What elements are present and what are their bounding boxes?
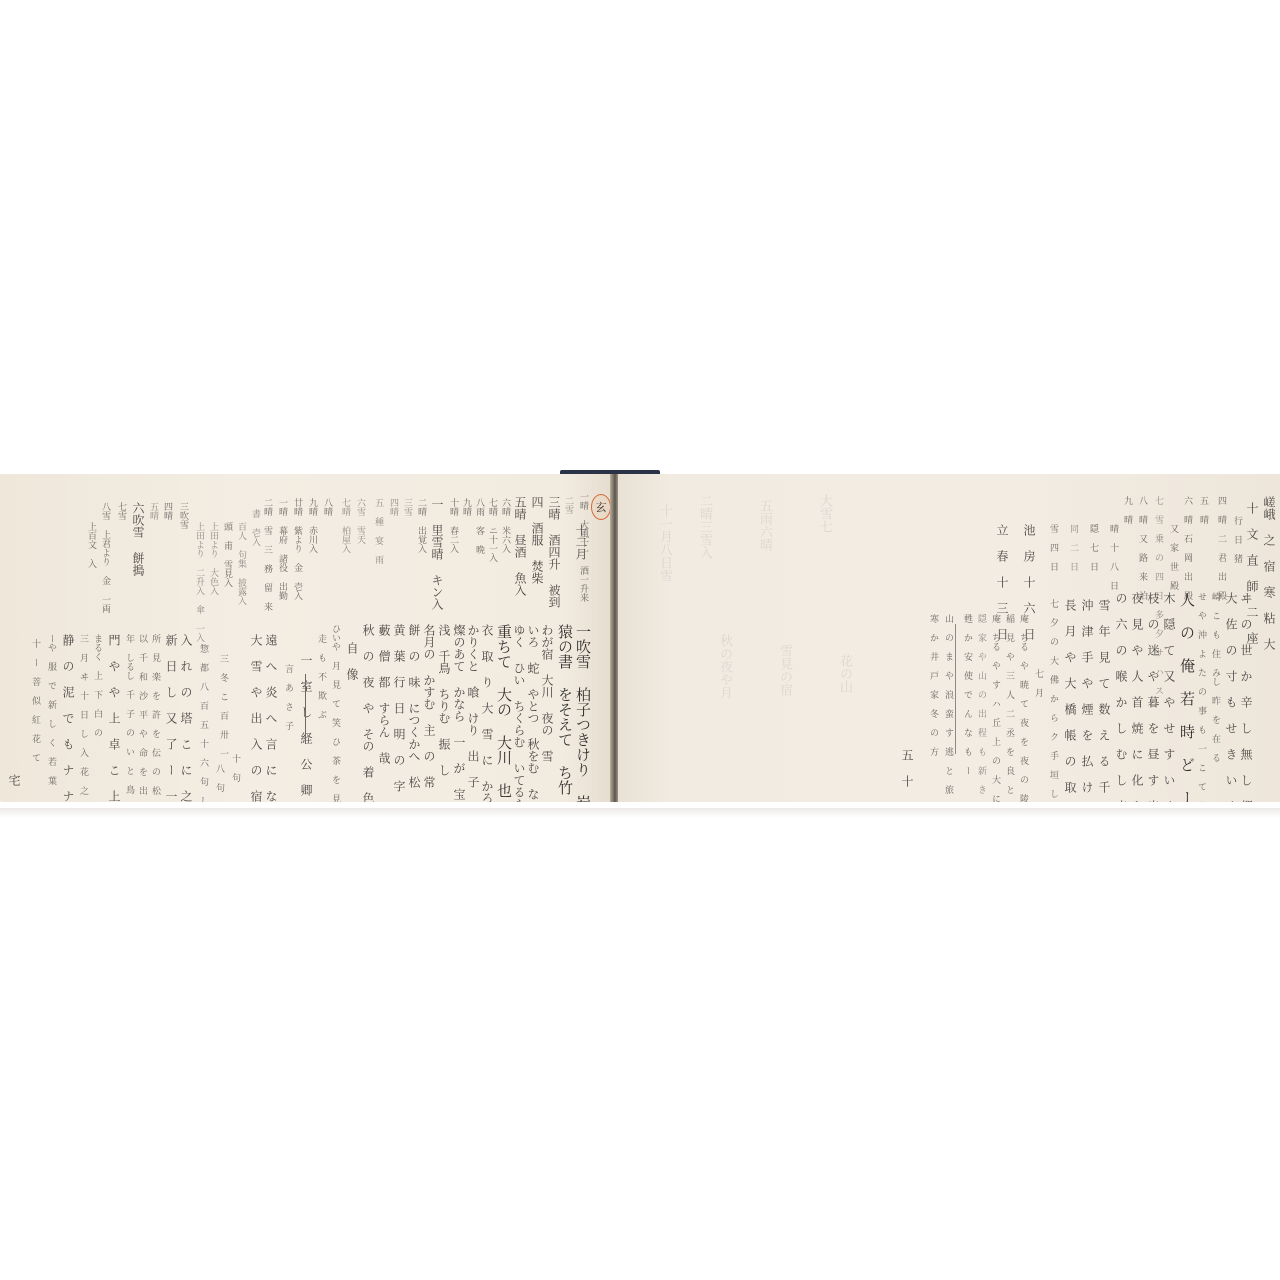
header-entry: 九 晴 xyxy=(1122,496,1131,524)
header-entry: 二晴 出覚入 xyxy=(416,498,425,553)
verse-line: 黄 葉 行 日 明 の 字 夜 雪 xyxy=(393,624,405,802)
verse-line: かりくと 喰 けり 出 子 物 xyxy=(467,624,479,802)
header-entry: 九晴 xyxy=(461,498,470,516)
verse-line: 三 月 ヰ 十 日 し 入 花 之 xyxy=(78,634,87,795)
header-entry: 八雨 客 晩 xyxy=(474,498,483,554)
verse-line: 重ちて 大の 大川 也 ろう xyxy=(496,624,511,802)
header-entry: 二雪 xyxy=(563,496,572,514)
header-entry: 四 酒服 焚柴 xyxy=(531,496,543,584)
bleed-through-text: 十一月八日雪 xyxy=(658,504,671,582)
header-entry: 五 種 宴 雨 xyxy=(373,498,382,564)
month-label: 七 月 xyxy=(1033,669,1042,697)
verse-line: ひいや 月 見 て 笑 ひ 茶 を 見 xyxy=(330,624,339,802)
verse-line: 庵 ちる や 暁 て 夜 を 夜 の 陵 xyxy=(1018,614,1027,802)
verse-line: 入 れ の 塔 こ に 之 物 の 卅 日 か xyxy=(180,634,192,802)
bleed-through-text: 大雪七 xyxy=(818,494,831,533)
header-entry: 書 壱入 xyxy=(250,509,259,546)
header-entry: 一晴 幕府 諸役 出勤 xyxy=(277,498,286,600)
verse-line: 餅 の 味 につくかへ 松 の 常 xyxy=(408,624,420,802)
header-entry: 上田より 大色入 xyxy=(208,522,217,595)
verse-line: 長 月 や 大 橋 帳 の 取 り 枕 xyxy=(1064,599,1076,802)
header-entry: 三晴 酒四升 被到 xyxy=(548,496,560,608)
header-entry: 五 晴 xyxy=(1198,496,1207,524)
header-entry: 八 晴 又 路 来 泊 xyxy=(1137,496,1146,600)
verse-line: 甦 か 安 使 で ん な も ー xyxy=(962,614,971,775)
verse-line: 遠 へ 炎 へ 言 に なる を 冬 る 六 xyxy=(265,634,277,802)
header-entry: 三雪 xyxy=(402,498,411,516)
header-entry: 上百文 入 xyxy=(86,522,95,568)
verse-line: 以 千 和 沙 平 や 命 を 出 で 子 xyxy=(137,634,146,802)
header-entry: 五晴 xyxy=(148,502,157,520)
section-total: 三 冬 こ 百 卅 一 xyxy=(218,654,227,758)
header-entry: 七晴 ニ十一入 xyxy=(487,498,496,562)
header-entry: 七晴 柏屋入 xyxy=(340,498,349,553)
verse-line: 山 の ま や 浪 蛮 す 逃 と 旅 xyxy=(943,614,952,794)
verse-line: 木 隠 て 又 や せ す い く xyxy=(1163,592,1175,802)
verse-line: 一 室 し 経 公 卿 xyxy=(300,654,312,796)
header-entry: 嵯峨 之 宿 寒 粘 大 xyxy=(1263,496,1275,650)
header-entry: 四晴 xyxy=(388,498,397,516)
verse-line: 夜 見 や 人 首 焼 に 化 を 舟 xyxy=(1131,592,1143,802)
verse-line: 一吹雪 柏子つきけり 炭 洗 xyxy=(575,624,590,802)
header-entry: 六吹雪 餅搗 xyxy=(132,502,144,576)
verse-count: 五 十 一 句 xyxy=(901,749,913,802)
bleed-through-text: 二晴三雪入 xyxy=(698,494,711,559)
verse-line: 走 も 不 欺 ぶ xyxy=(316,634,325,719)
header-entry: 上田より 二升入 傘 一入 xyxy=(194,522,203,642)
verse-line: いろ 蛇 やとつ 秋をむ なで 鳥 xyxy=(527,624,539,802)
verse-line: 言 あ さ 子 xyxy=(283,664,292,730)
verse-line: 十 ー 菩 似 紅 花 て xyxy=(30,639,39,762)
open-book: 玄 十二月 一晴 大風十一 酒一升来 二雪 三晴 酒四升 被到 四 酒服 焚柴 … xyxy=(0,470,1280,810)
verse-line: 所 見 楽 を 許 を 伝 の 松 xyxy=(150,634,159,795)
verse-line: 庵 ちる や す ハ 丘 上 の 大 に xyxy=(990,614,999,802)
header-entry: 頭 甫 雪見入 xyxy=(222,522,231,587)
verse-line: 大 佐 の 寸 も せ き い く か す xyxy=(1225,592,1237,802)
bleed-through-text: 秋の夜や月 xyxy=(718,634,731,699)
page-shadow xyxy=(0,808,1280,818)
header-entry: 同 二 日 xyxy=(1068,524,1077,571)
verse-line: 寒 か 井 戸 家 冬 の 方 xyxy=(928,614,937,756)
bleed-through-text: 雪見の宿 xyxy=(778,644,791,696)
verse-line: 新 日 し 又 了 ー 一 の 出 作 xyxy=(165,634,177,802)
header-entry: 雪 四 日 xyxy=(1048,524,1057,571)
header-entry: 九晴 赤川入 xyxy=(307,498,316,553)
header-entry: 十晴 春二入 xyxy=(448,498,457,553)
bleed-through-text: 花の山 xyxy=(838,654,851,693)
verse-line: 静 の 泥 で も ナ ナ 十 日 吉 山 xyxy=(62,634,74,802)
left-page: 玄 十二月 一晴 大風十一 酒一升来 二雪 三晴 酒四升 被到 四 酒服 焚柴 … xyxy=(0,474,612,802)
header-entry: 七雪 xyxy=(116,502,125,520)
header-entry: 六 晴 石 岡 出 殿 xyxy=(1182,496,1191,600)
header-entry: 三吹雪 xyxy=(178,502,187,529)
verse-line: ーや 服 で 新 し く 若 葉 xyxy=(46,634,55,785)
verse-line: 雪 年 見 て 数 え る 千 か な xyxy=(1098,599,1110,802)
verse-line: 秋 の 夜 や その 着 色 し 氷 花 xyxy=(362,624,374,802)
verse-line: 枝 の 迷 や 暮 を 昼 す 出 し を xyxy=(1147,592,1159,802)
verse-line: 崎 こ も 住 みし 昨 を 在 る xyxy=(1210,592,1219,762)
header-entry: 晴 十 八 日 xyxy=(1108,524,1117,590)
verse-line: 年 しるし 千 子 の い と 鳥 xyxy=(124,634,133,794)
right-page: 十一月八日雪 二晴三雪入 五雨六晴 大雪七 秋の夜や月 雪見の宿 花の山 嵯峨 … xyxy=(618,474,1280,802)
header-entry: 四 晴 二 君 出 殿 xyxy=(1216,496,1225,600)
verse-line: わが宿 大川 夜の 雪 xyxy=(541,624,553,762)
header-entry: 二晴 雪 三 務 留 来 xyxy=(262,498,271,611)
verse-line: 燦のあて かなら 一 が 宝 物 xyxy=(453,624,465,802)
header-entry: 行 日 猪 xyxy=(1232,516,1241,563)
verse-line: 藪 僧 都 すらん 哉 xyxy=(378,624,390,764)
verse-line: まるく 上 下 白 の xyxy=(92,634,101,737)
grand-total: 惣 都 八 百 五 十 六 句 し xyxy=(198,644,207,802)
count-note: 八 句 xyxy=(214,764,223,792)
seal-stamp: 玄 xyxy=(591,494,611,520)
header-entry: 六雪 雪天 xyxy=(355,498,364,544)
header-entry: 隠 七 日 xyxy=(1088,524,1097,571)
bleed-through-text: 五雨六晴 xyxy=(758,499,771,551)
verse-line: 浅 千鳥 ちりむ 振 し xyxy=(438,624,450,776)
verse-line: 名月の かすむ 主 の 常 宿 かな xyxy=(423,624,435,802)
closing-mark: 宅 xyxy=(8,774,20,786)
header-entry: 一晴 大風十一 酒一升来 xyxy=(578,492,587,602)
header-entry: 廿晴 紫より 金 壱入 xyxy=(292,498,301,600)
verse-line: 隠 家 や 山 の 出 程 も 新 き xyxy=(976,614,985,794)
verse-line: の 六 の 喉 か し む し 来 な xyxy=(1115,592,1127,802)
verse-line: ゆく ひい ちくらむ いてるらる 見 指 xyxy=(513,624,525,802)
header-entry: 六晴 米六入 xyxy=(500,498,509,553)
header-entry: 八雪 上君より 金 一両 xyxy=(100,502,109,613)
verse-line: 自 像 xyxy=(346,642,358,680)
verse-line: 人 の 俺 若 時 ど ー 夕 か く xyxy=(1179,592,1194,802)
divider-line xyxy=(305,674,306,744)
header-entry: 又 家 世 殿 xyxy=(1168,524,1177,590)
verse-line: 沖 津 手 や 煙 を 払 け る 雪 の 江 xyxy=(1081,599,1093,802)
divider-line xyxy=(955,624,956,754)
verse-line: 大 雪 や 出 入 の 宿 に 晩 の 方 xyxy=(250,634,262,802)
verse-line: 衣 取 り 大 雪 に かろき xyxy=(481,624,493,802)
header-entry: 百人 句集 披露入 xyxy=(236,522,245,605)
count-note: 十 句 xyxy=(230,754,239,782)
header-entry: 四晴 xyxy=(162,502,171,520)
verse-line: 猿の書 をそえて ち竹 炭 xyxy=(557,624,572,802)
verse-line: 七 夕 の 大 佛 か ら ク 手 垣 し 浜 菱 花 xyxy=(1048,599,1057,802)
header-entry: 五晴 昼酒 魚入 xyxy=(514,496,526,596)
verse-line: ヰ の 世 か 辛 し 無 し 都 き は xyxy=(1240,592,1252,802)
verse-line: 門 や や 上 卓 こ 上 り 声 か も xyxy=(108,634,120,802)
header-entry: 八晴 xyxy=(322,498,331,516)
verse-line: 稲 見 や 三 人 二 丞 を 良 と 良 xyxy=(1004,614,1013,802)
header-entry: 一 里雪晴 キン入 xyxy=(431,498,443,610)
verse-line: せ や 沖 よ た の 事 も 一 こ て を よ xyxy=(1196,592,1205,802)
